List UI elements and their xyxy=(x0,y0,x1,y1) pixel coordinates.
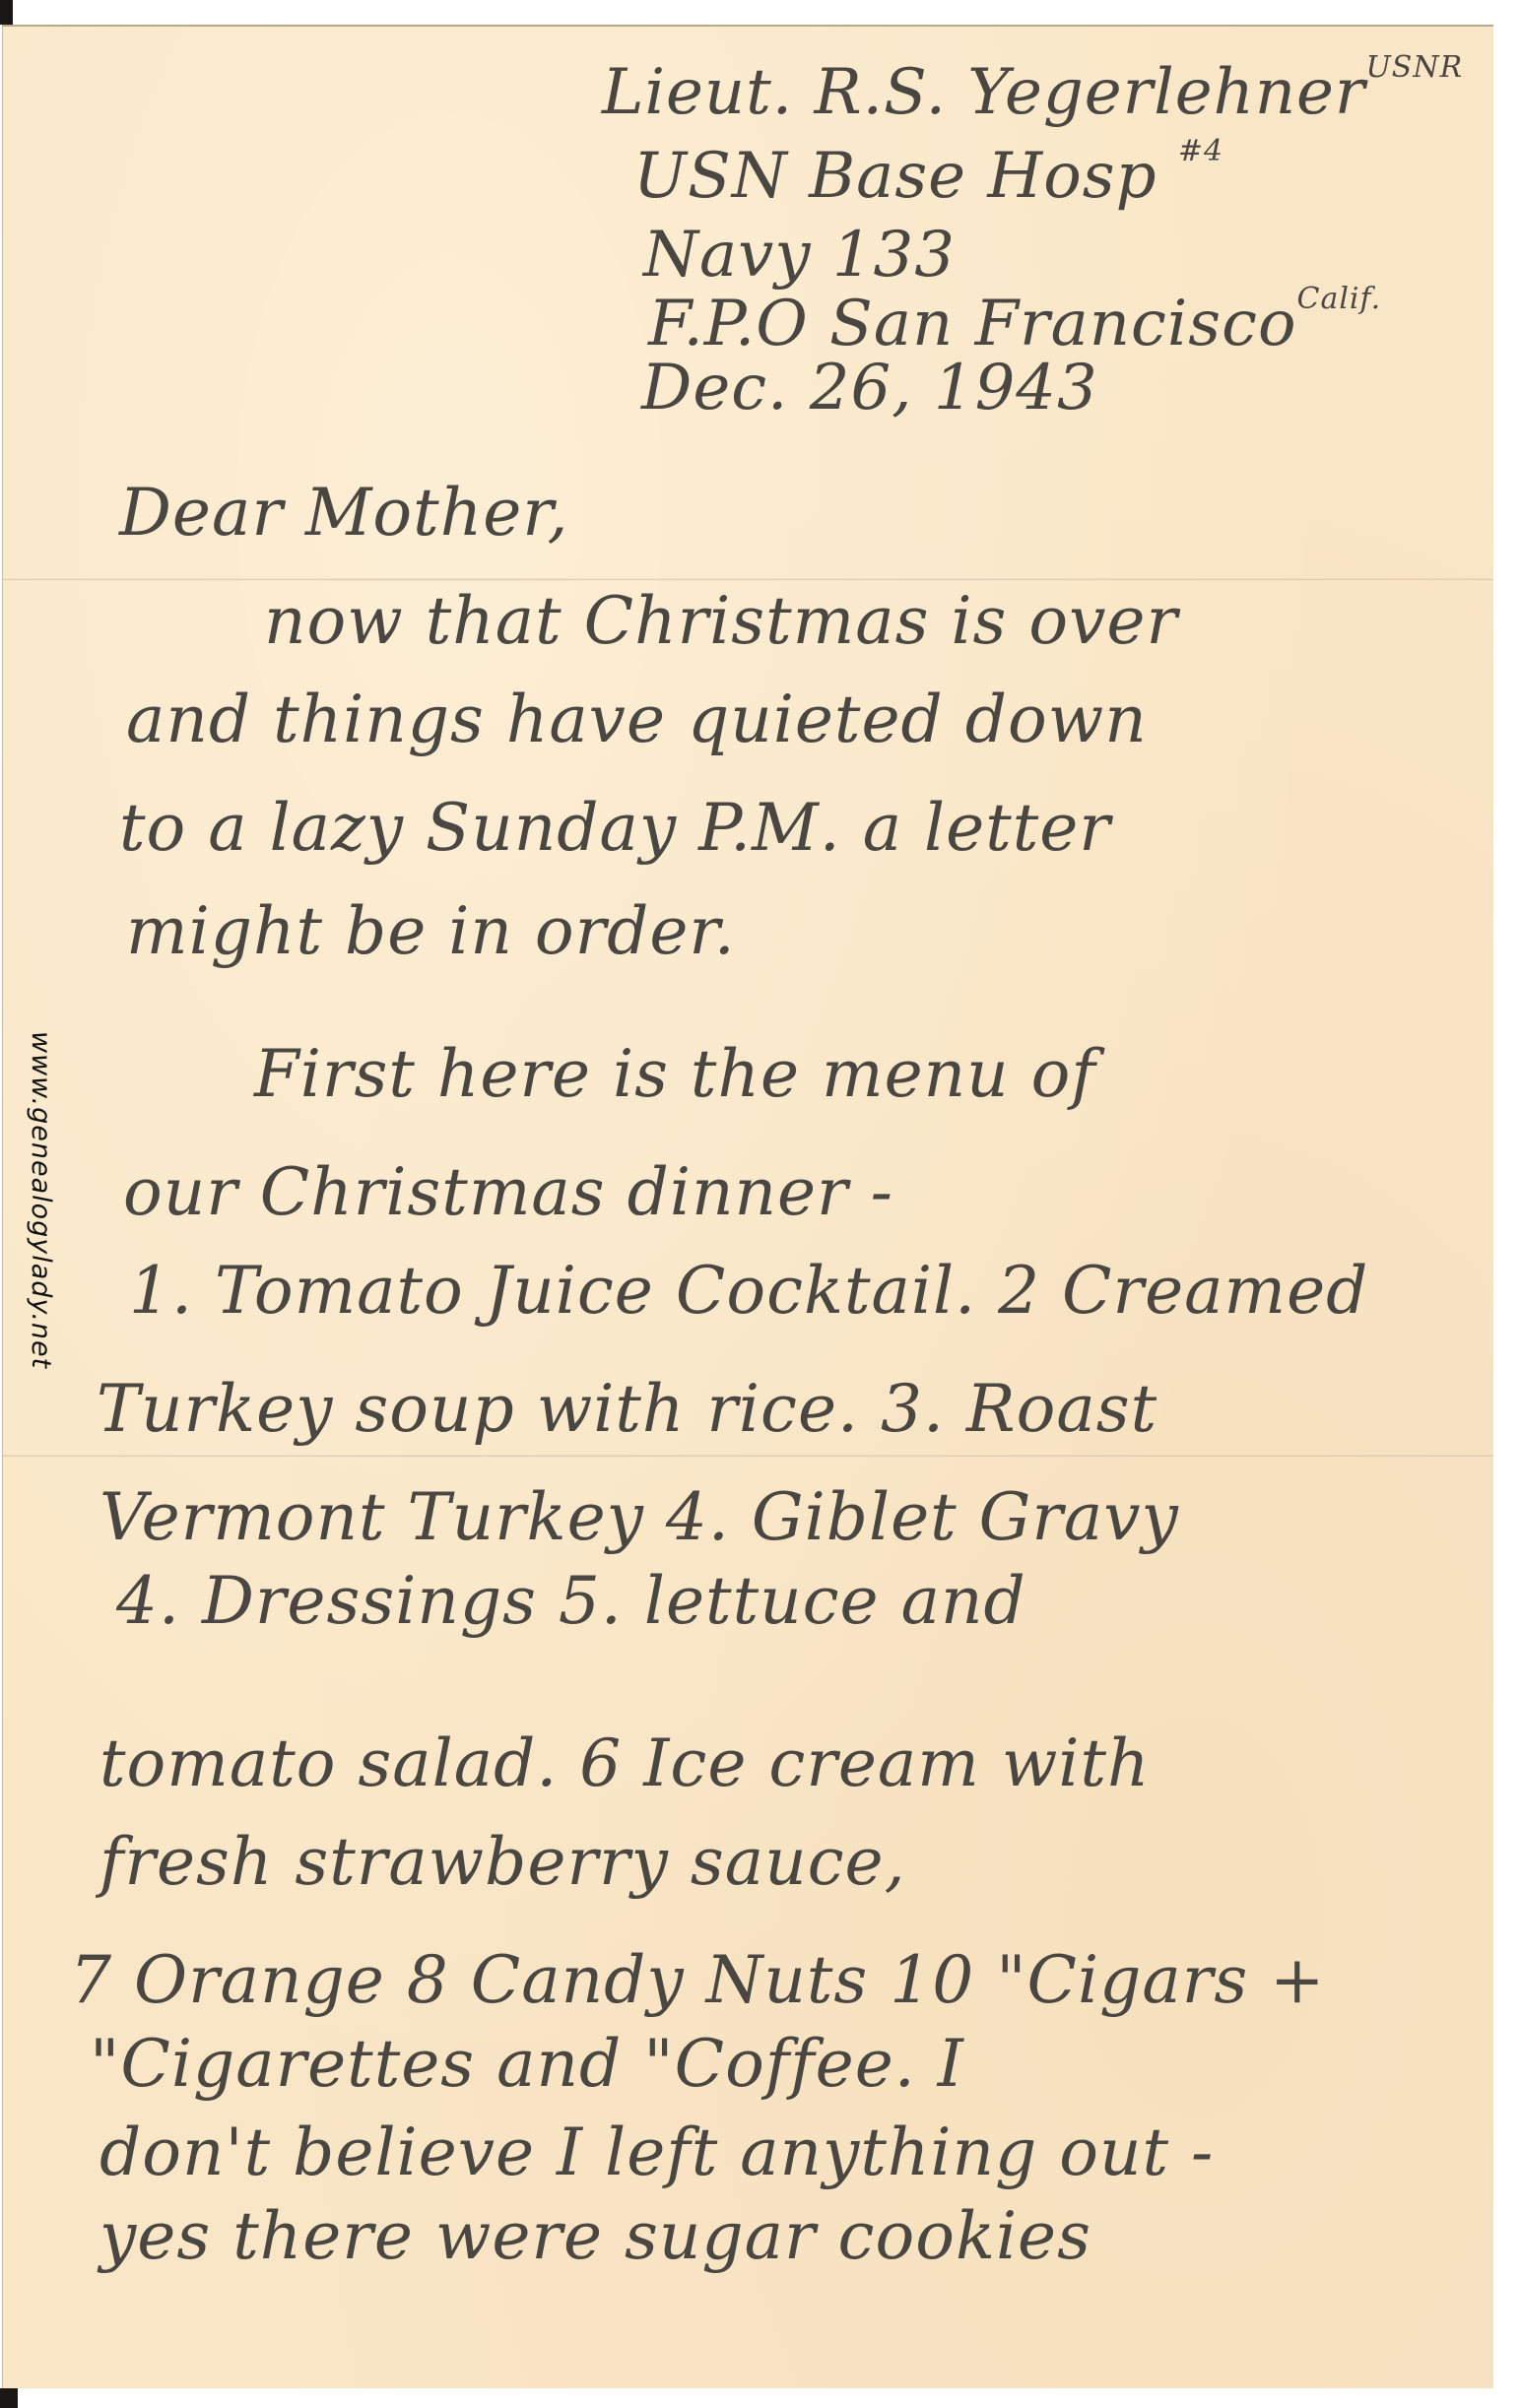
fold-crease xyxy=(3,578,1493,581)
fpo-line: F.P.O San FranciscoCalif. xyxy=(648,288,1381,360)
watermark: www.genealogylady.net xyxy=(17,1031,56,1369)
unit-number: #4 xyxy=(1178,134,1223,168)
body-line: and things have quieted down xyxy=(126,682,1148,757)
sender-line: Lieut. R.S. YegerlehnerUSNR xyxy=(602,56,1463,129)
body-line: don't believe I left anything out - xyxy=(99,2115,1214,2190)
scan-edge xyxy=(0,0,13,25)
unit-line: USN Base Hosp #4 xyxy=(633,140,1223,213)
letter-page: www.genealogylady.net Lieut. R.S. Yegerl… xyxy=(2,25,1493,2388)
fpo-state: Calif. xyxy=(1297,282,1382,316)
body-line: our Christmas dinner - xyxy=(123,1154,893,1230)
body-line: "Cigarettes and "Coffee. I xyxy=(90,2026,964,2102)
body-line: now that Christmas is over xyxy=(264,583,1178,659)
menu-line: Turkey soup with rice. 3. Roast xyxy=(97,1371,1157,1447)
menu-line: 7 Orange 8 Candy Nuts 10 "Cigars + xyxy=(70,1942,1325,2018)
sender-suffix: USNR xyxy=(1366,50,1464,85)
menu-line: Vermont Turkey 4. Giblet Gravy xyxy=(99,1479,1179,1555)
fpo-address: F.P.O San Francisco xyxy=(648,288,1297,360)
sender-name: Lieut. R.S. Yegerlehner xyxy=(602,56,1366,129)
fold-crease xyxy=(3,1455,1493,1458)
scan-edge xyxy=(0,2388,18,2408)
body-line: might be in order. xyxy=(126,893,736,969)
menu-line: 4. Dressings 5. lettuce and xyxy=(116,1563,1026,1639)
body-line: to a lazy Sunday P.M. a letter xyxy=(119,790,1111,866)
unit-name: USN Base Hosp xyxy=(633,140,1157,213)
menu-line: fresh strawberry sauce, xyxy=(99,1824,906,1900)
body-line: First here is the menu of xyxy=(254,1036,1096,1112)
letter-date: Dec. 26, 1943 xyxy=(641,352,1098,424)
navy-line: Navy 133 xyxy=(643,219,956,292)
menu-line: tomato salad. 6 Ice cream with xyxy=(99,1725,1150,1801)
body-line: yes there were sugar cookies xyxy=(99,2198,1091,2274)
menu-line: 1. Tomato Juice Cocktail. 2 Creamed xyxy=(129,1253,1368,1329)
salutation: Dear Mother, xyxy=(119,475,569,551)
